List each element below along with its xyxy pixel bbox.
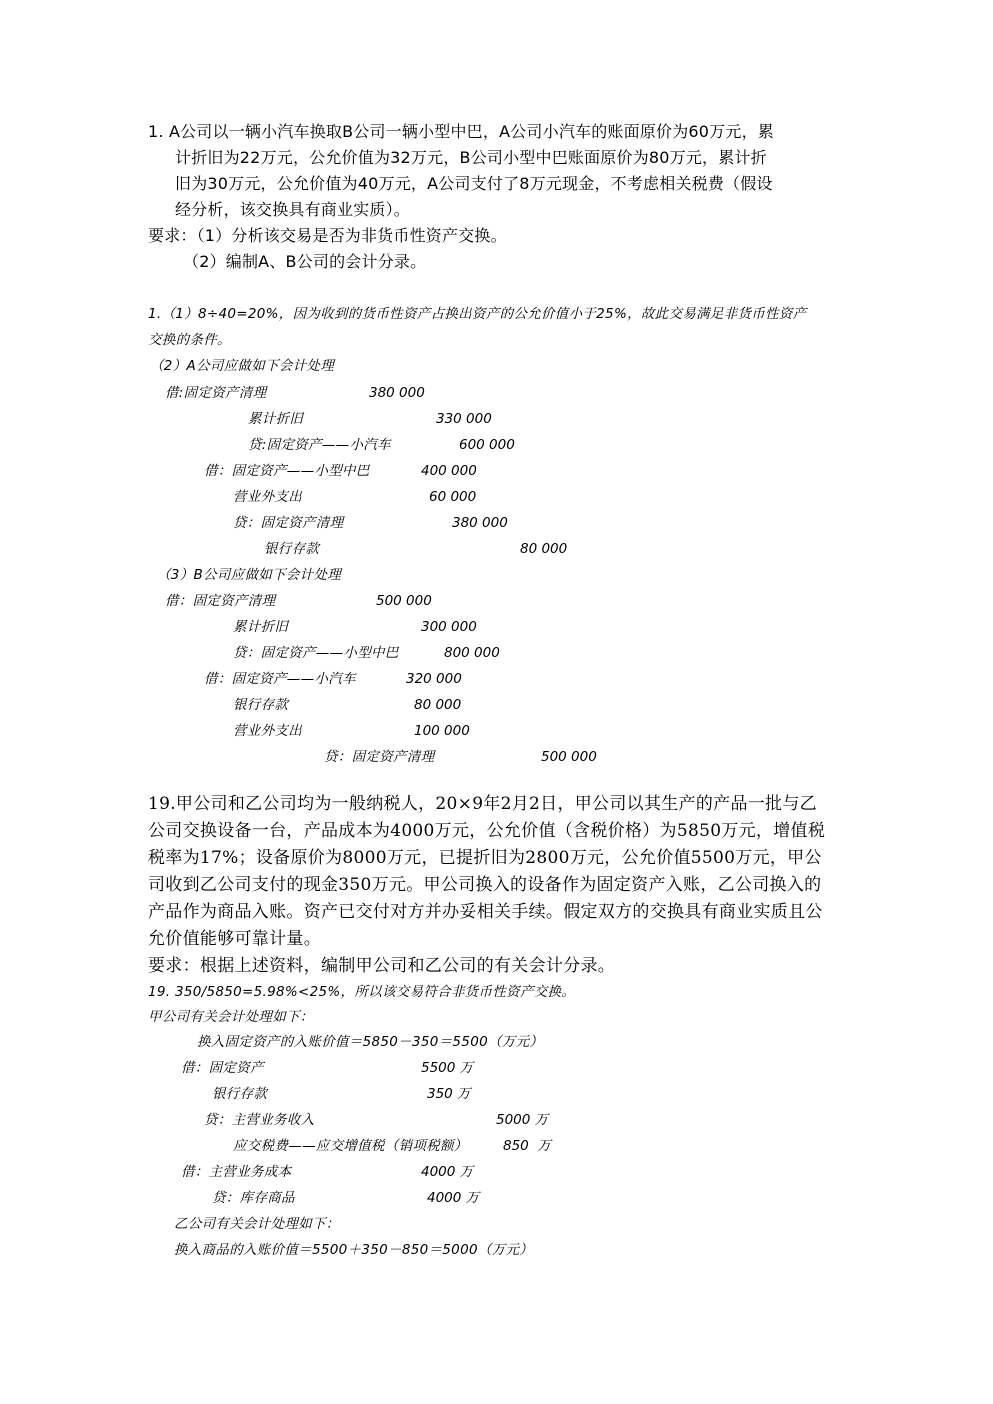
journal-amount: 850 万	[503, 1140, 551, 1154]
journal-account: 贷：主营业务收入	[204, 1114, 314, 1128]
journal-amount: 80 000	[414, 699, 461, 713]
journal-amount: 380 000	[452, 517, 508, 531]
journal-amount: 5500 万	[421, 1062, 473, 1076]
journal-amount: 500 000	[376, 595, 432, 609]
problem1-question-line-2: 计折旧为22万元，公允价值为32万元，B公司小型中巴账面原价为80万元，累计折	[175, 150, 767, 166]
problem1-requirement-1: 要求：（1）分析该交易是否为非货币性资产交换。	[148, 228, 507, 244]
journal-amount: 300 000	[421, 621, 477, 635]
problem1-requirement-2: （2）编制A、B公司的会计分录。	[183, 254, 426, 270]
journal-account: 累计折旧	[248, 413, 303, 427]
journal-account: 借：主营业务成本	[181, 1166, 291, 1180]
journal-amount: 400 000	[421, 465, 477, 479]
problem1-question-line-4: 经分析，该交换具有商业实质）。	[175, 202, 410, 218]
document-page: 1. A公司以一辆小汽车换取B公司一辆小型中巴，A公司小汽车的账面原价为60万元…	[0, 0, 993, 1404]
problem19-question-line-1: 19.甲公司和乙公司均为一般纳税人，20×9年2月2日，甲公司以其生产的产品一批…	[148, 796, 817, 813]
journal-amount: 100 000	[414, 725, 470, 739]
yi-value-formula: 换入商品的入账价值＝5500＋350－850＝5000（万元）	[174, 1244, 533, 1258]
journal-amount: 600 000	[459, 439, 515, 453]
jia-value-formula: 换入固定资产的入账价值＝5850－350＝5500（万元）	[197, 1036, 543, 1050]
company-b-heading: （3）B公司应做如下会计处理	[157, 569, 341, 583]
journal-account: 银行存款	[264, 543, 319, 557]
journal-account: 营业外支出	[233, 491, 302, 505]
journal-account: 借：固定资产清理	[165, 595, 275, 609]
journal-account: 银行存款	[212, 1088, 267, 1102]
journal-amount: 60 000	[429, 491, 476, 505]
problem19-question-line-4: 司收到乙公司支付的现金350万元。甲公司换入的设备作为固定资产入账，乙公司换入的	[148, 877, 821, 894]
journal-account: 贷：固定资产清理	[324, 751, 434, 765]
journal-amount: 4000 万	[427, 1192, 479, 1206]
journal-account: 贷:固定资产——小汽车	[248, 439, 391, 453]
company-yi-heading: 乙公司有关会计处理如下：	[174, 1218, 340, 1232]
journal-account: 借：固定资产——小汽车	[204, 673, 356, 687]
problem1-answer-line-1: 1.（1）8÷40=20%，因为收到的货币性资产占换出资产的公允价值小于25%，…	[148, 308, 806, 322]
journal-account: 应交税费——应交增值税（销项税额）	[233, 1140, 468, 1154]
journal-amount: 330 000	[436, 413, 492, 427]
journal-account: 银行存款	[233, 699, 288, 713]
problem19-answer-line-1: 19. 350/5850=5.98%<25%，所以该交易符合非货币性资产交换。	[148, 986, 575, 1000]
journal-amount: 320 000	[406, 673, 462, 687]
problem1-answer-line-2: 交换的条件。	[148, 334, 231, 348]
journal-amount: 350 万	[427, 1088, 471, 1102]
problem19-question-line-3: 税率为17%；设备原价为8000万元，已提折旧为2800万元，公允价值5500万…	[148, 850, 822, 867]
problem1-question-line-3: 旧为30万元，公允价值为40万元，A公司支付了8万元现金，不考虑相关税费（假设	[175, 176, 773, 192]
journal-account: 营业外支出	[233, 725, 302, 739]
journal-account: 贷：固定资产——小型中巴	[233, 647, 399, 661]
journal-amount: 800 000	[444, 647, 500, 661]
journal-amount: 80 000	[520, 543, 567, 557]
journal-account: 贷：库存商品	[212, 1192, 295, 1206]
company-jia-heading: 甲公司有关会计处理如下：	[148, 1011, 314, 1025]
journal-amount: 5000 万	[496, 1114, 548, 1128]
company-a-heading: （2）A公司应做如下会计处理	[150, 360, 334, 374]
journal-account: 贷：固定资产清理	[233, 517, 343, 531]
journal-account: 借：固定资产——小型中巴	[204, 465, 370, 479]
problem19-question-line-6: 允价值能够可靠计量。	[148, 931, 321, 948]
journal-amount: 4000 万	[421, 1166, 473, 1180]
journal-account: 借:固定资产清理	[165, 387, 266, 401]
problem19-question-line-5: 产品作为商品入账。资产已交付对方并办妥相关手续。假定双方的交换具有商业实质且公	[148, 904, 823, 921]
journal-amount: 380 000	[369, 387, 425, 401]
journal-account: 借：固定资产	[181, 1062, 264, 1076]
problem1-question-line-1: 1. A公司以一辆小汽车换取B公司一辆小型中巴，A公司小汽车的账面原价为60万元…	[148, 124, 774, 140]
journal-amount: 500 000	[541, 751, 597, 765]
problem19-requirement: 要求：根据上述资料，编制甲公司和乙公司的有关会计分录。	[148, 958, 615, 975]
journal-account: 累计折旧	[233, 621, 288, 635]
problem19-question-line-2: 公司交换设备一台，产品成本为4000万元，公允价值（含税价格）为5850万元，增…	[148, 823, 825, 840]
